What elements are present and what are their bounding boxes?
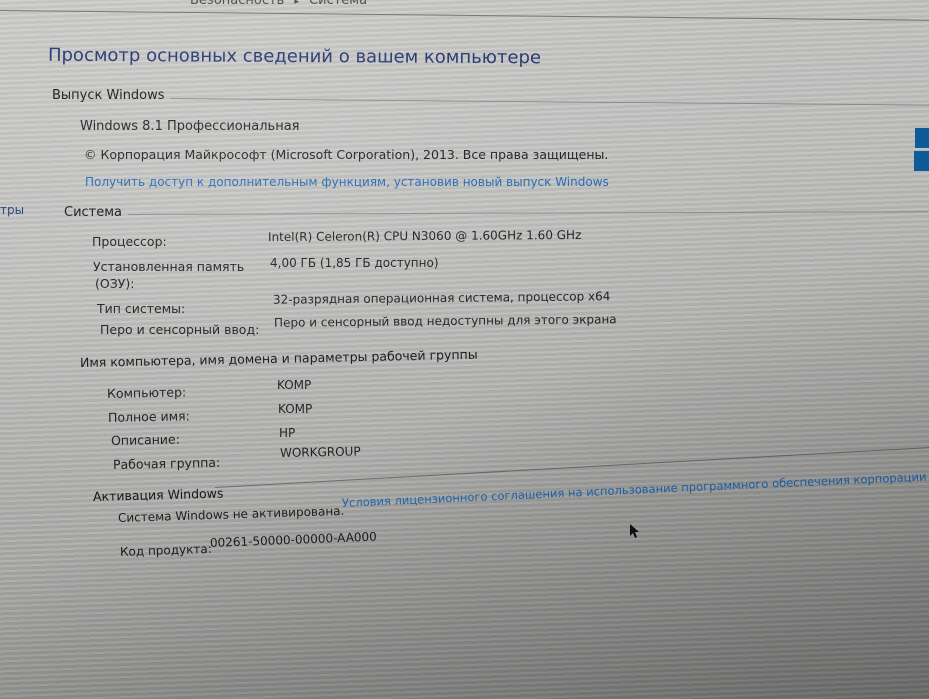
section-heading-computer-name: Имя компьютера, имя домена и параметры р… (80, 347, 478, 370)
workgroup-value: WORKGROUP (280, 444, 361, 460)
full-name-value: KOMP (278, 402, 312, 416)
mouse-pointer-icon (630, 524, 640, 538)
breadcrumb-separator-icon: ▸ (294, 0, 299, 7)
processor-label: Процессор: (92, 234, 167, 249)
section-heading-windows-edition: Выпуск Windows (52, 88, 165, 103)
processor-value: Intel(R) Celeron(R) CPU N3060 @ 1.60GHz … (268, 228, 581, 244)
full-name-label: Полное имя: (108, 408, 190, 425)
computer-label: Компьютер: (107, 384, 186, 401)
section-heading-activation: Активация Windows (93, 486, 224, 504)
memory-value: 4,00 ГБ (1,85 ГБ доступно) (270, 256, 439, 270)
windows-logo-icon (915, 128, 929, 172)
page-title: Просмотр основных сведений о вашем компь… (48, 45, 541, 69)
upgrade-windows-link[interactable]: Получить доступ к дополнительным функция… (85, 175, 609, 189)
breadcrumb-item-system[interactable]: Система (309, 0, 367, 8)
copyright-text: © Корпорация Майкрософт (Microsoft Corpo… (84, 147, 608, 162)
breadcrumb-item-security[interactable]: Безопасность (190, 0, 284, 8)
system-type-value: 32-разрядная операционная система, проце… (273, 289, 610, 307)
memory-label-line2: (ОЗУ): (95, 276, 134, 291)
pen-touch-value: Перо и сенсорный ввод недоступны для это… (274, 312, 617, 330)
breadcrumb: Безопасность ▸ Система (190, 0, 367, 8)
description-value: HP (279, 426, 295, 440)
description-label: Описание: (111, 432, 180, 448)
system-type-label: Тип системы: (97, 301, 185, 316)
pen-touch-label: Перо и сенсорный ввод: (100, 322, 259, 337)
license-terms-link[interactable]: Условия лицензионного соглашения на испо… (342, 466, 929, 510)
section-divider (128, 211, 928, 215)
section-heading-system: Система (64, 205, 122, 220)
left-panel-link[interactable]: тры (0, 203, 24, 217)
memory-label: Установленная память (93, 259, 244, 274)
computer-value: KOMP (277, 378, 311, 392)
workgroup-label: Рабочая группа: (113, 455, 221, 472)
windows-edition-name: Windows 8.1 Профессиональная (80, 119, 299, 134)
section-divider (170, 98, 929, 106)
address-bar-divider (0, 10, 929, 21)
product-key-label: Код продукта: (120, 542, 212, 559)
product-key-value: 00261-50000-00000-AA000 (210, 530, 377, 550)
activation-status: Система Windows не активирована. (118, 504, 345, 525)
